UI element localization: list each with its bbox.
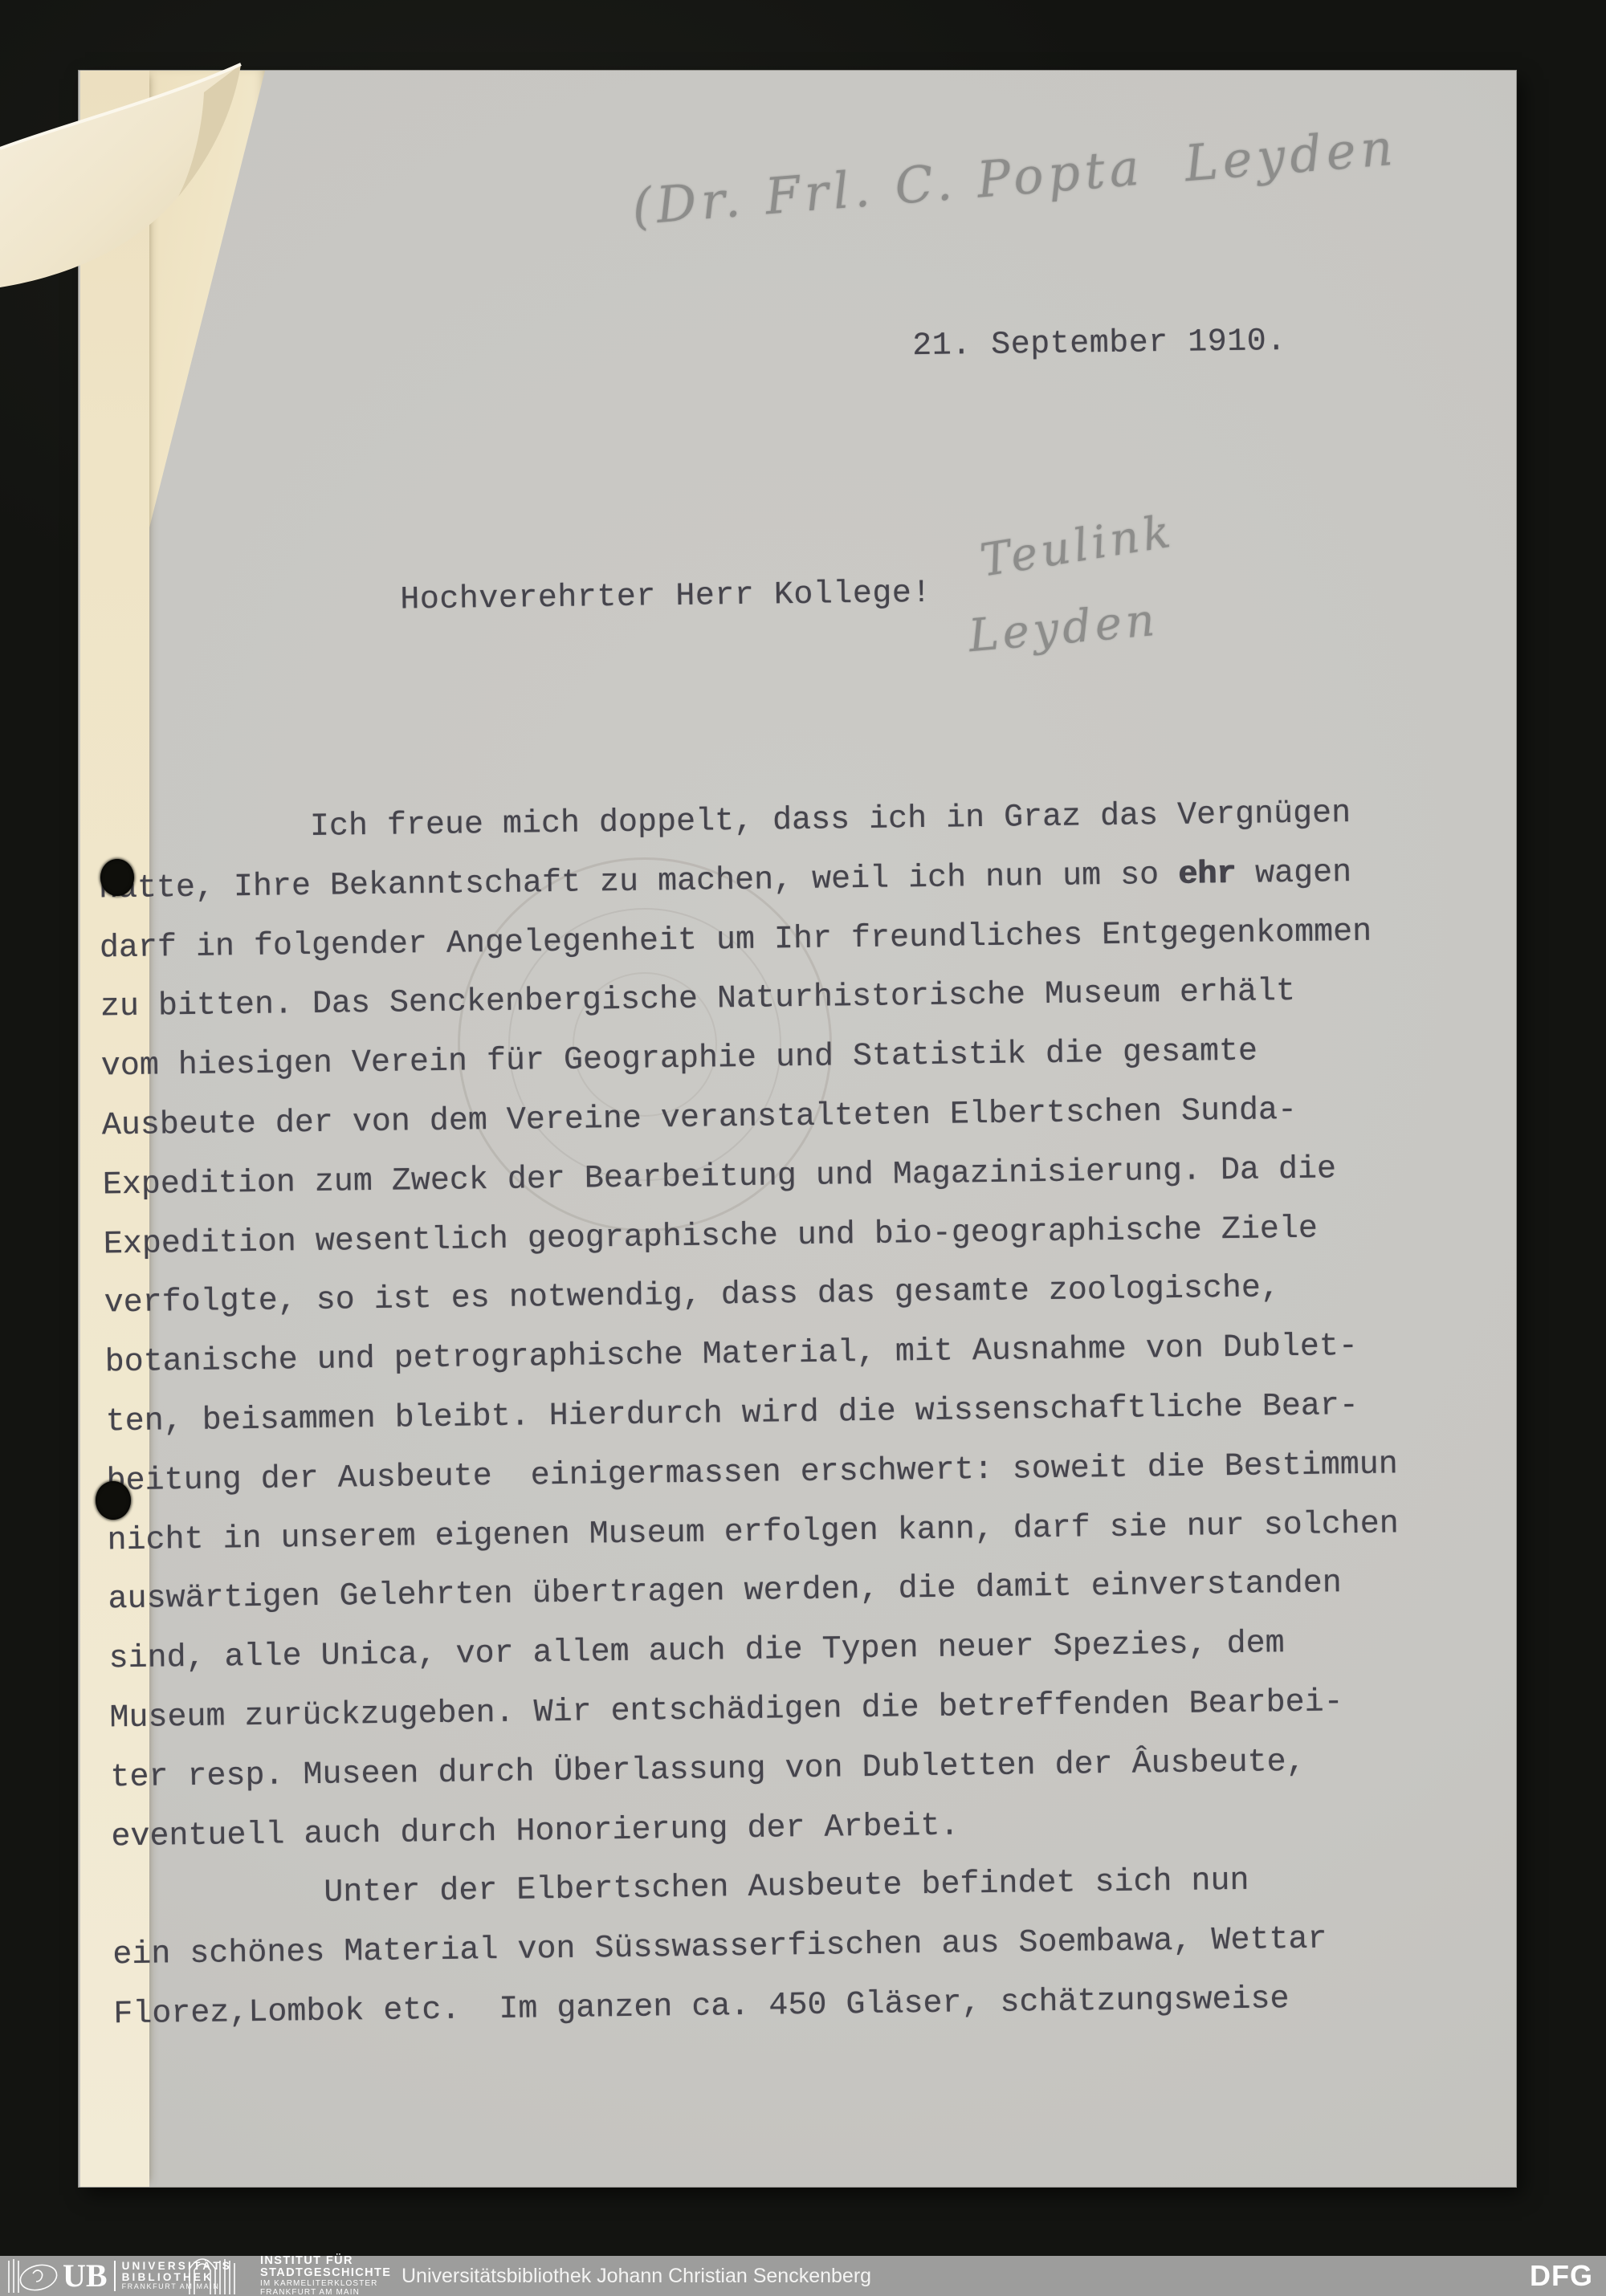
typed-content: 21. September 1910. Hochverehrter Herr K…: [79, 71, 1516, 2187]
institute-logo-mark: [186, 2257, 251, 2294]
library-name: Universitätsbibliothek Johann Christian …: [401, 2256, 871, 2296]
ub-abbr: UB: [63, 2260, 108, 2292]
punch-hole-bottom: [96, 1481, 131, 1520]
letter-page: 21. September 1910. Hochverehrter Herr K…: [79, 71, 1516, 2187]
letter-salutation: Hochverehrter Herr Kollege!: [400, 576, 931, 619]
institute-logo-text: INSTITUT FÜR STADTGESCHICHTE IM KARMELIT…: [260, 2255, 391, 2296]
institute-logo: INSTITUT FÜR STADTGESCHICHTE IM KARMELIT…: [186, 2257, 391, 2294]
institute-line-4: FRANKFURT AM MAIN: [260, 2289, 391, 2296]
ub-divider: [114, 2261, 116, 2291]
institute-line-1: INSTITUT FÜR: [260, 2255, 391, 2268]
footer-bar: UB UNIVERSITÄTS BIBLIOTHEK FRANKFURT AM …: [0, 2256, 1606, 2296]
letter-body: Ich freue mich doppelt, dass ich in Graz…: [98, 781, 1516, 2045]
punch-hole-top: [100, 859, 134, 896]
letter-date: 21. September 1910.: [912, 324, 1286, 364]
ub-logo-mark: [6, 2257, 59, 2294]
institute-line-2: STADTGESCHICHTE: [260, 2267, 391, 2280]
dfg-logo: DFG: [1530, 2256, 1593, 2296]
scan-backdrop: 21. September 1910. Hochverehrter Herr K…: [0, 0, 1606, 2296]
page-curl: [0, 32, 273, 305]
